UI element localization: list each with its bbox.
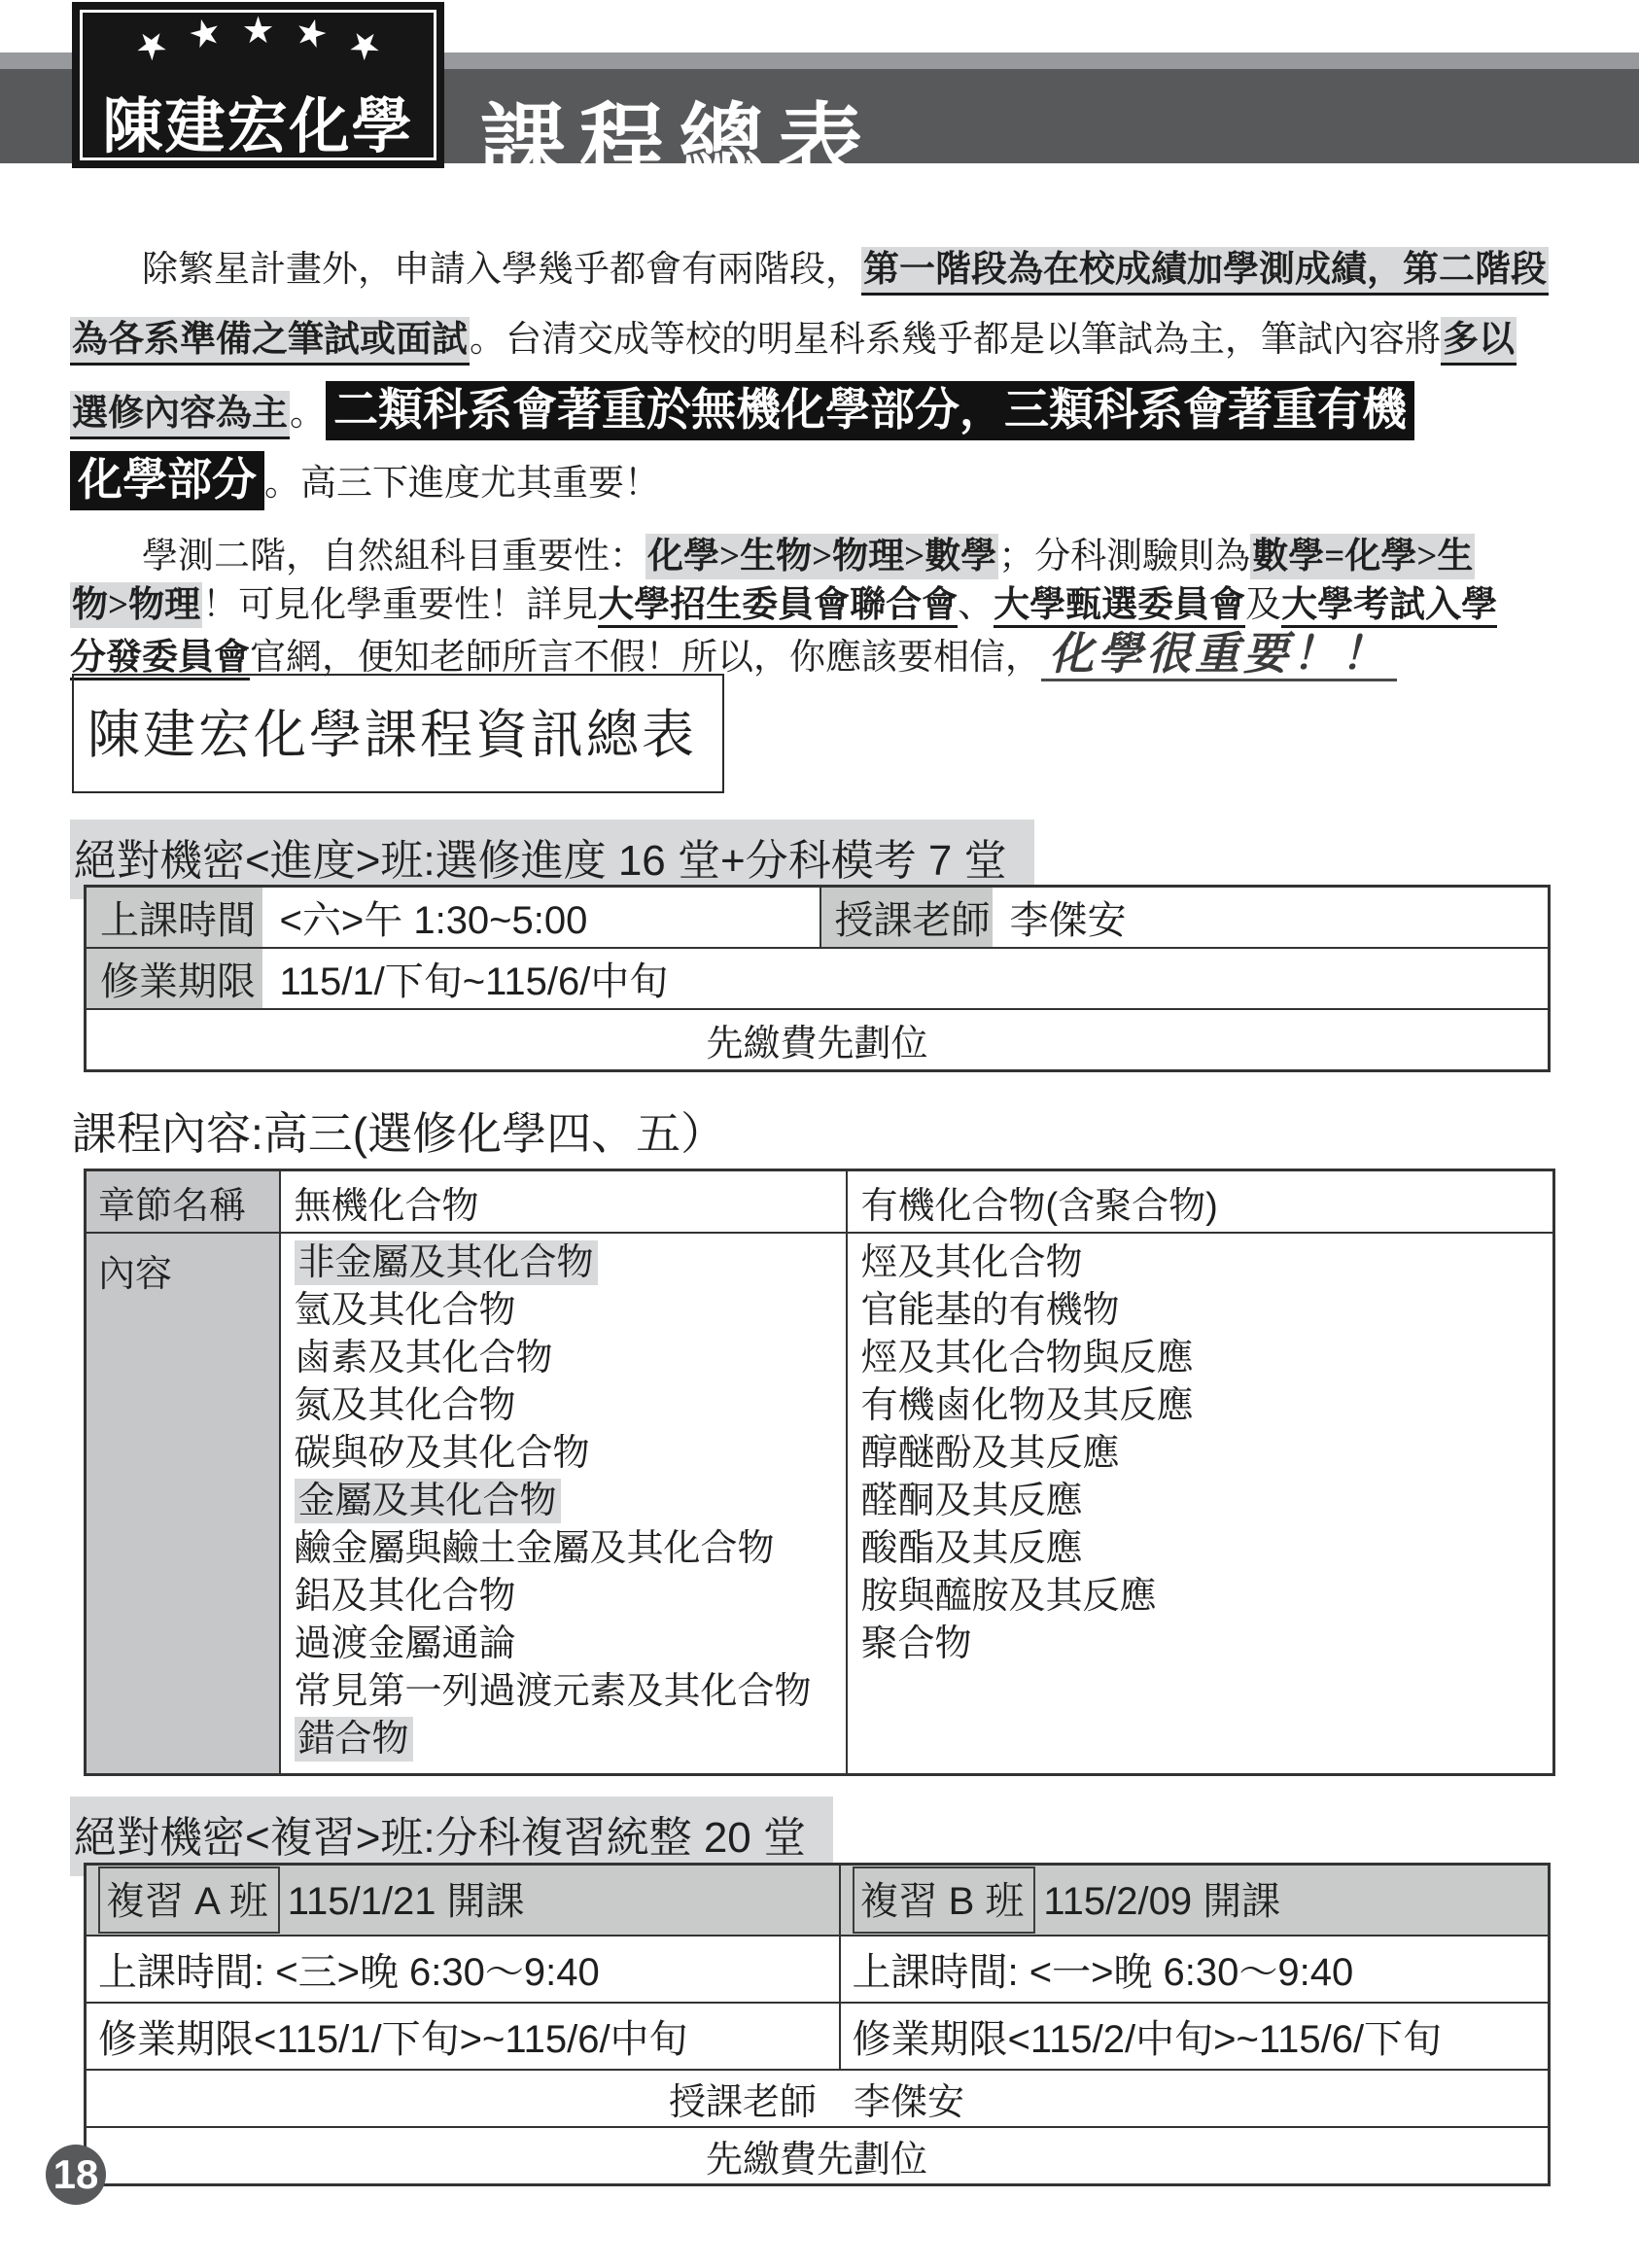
star-icon: ★ — [241, 12, 274, 51]
inorganic-column-header: 無機化合物 — [280, 1170, 847, 1234]
page-title: 課程總表 — [480, 76, 877, 198]
course-topic-item: 氫及其化合物 — [295, 1287, 846, 1335]
intro-line: 分發委員會官網，便知老師所言不假！所以，你應該要相信，化學很重要！！ — [70, 630, 1497, 679]
course-topic-item: 聚合物 — [861, 1621, 1553, 1668]
text-run: 學測二階，自然組科目重要性： — [70, 537, 645, 576]
text-run: 多以 — [1441, 317, 1517, 366]
logo-stars: ★ ★ ★ ★ ★ — [72, 12, 444, 51]
star-icon: ★ — [290, 11, 331, 56]
course-topic-item: 碳與矽及其化合物 — [295, 1430, 846, 1478]
intro-line: 為各系準備之筆試或面試。台清交成等校的明星科系幾乎都是以筆試為主，筆試內容將多以 — [70, 305, 1549, 375]
text-run: ！可見化學重要性！詳見 — [202, 585, 598, 625]
class-b-cell: 複習 B 班115/2/09 開課 — [840, 1865, 1550, 1937]
text-run: 及 — [1245, 585, 1281, 625]
course-topic-item: 酸酯及其反應 — [861, 1525, 1553, 1573]
review-payment-note: 先繳費先劃位 — [86, 2127, 1550, 2185]
intro-paragraph-1: 除繁星計畫外，申請入學幾乎都會有兩階段，第一階段為在校成績加學測成績，第二階段 … — [70, 235, 1549, 515]
organic-topic-list: 烴及其化合物官能基的有機物烴及其化合物與反應有機鹵化物及其反應醇醚酚及其反應醛酮… — [847, 1233, 1554, 1775]
payment-note: 先繳費先劃位 — [86, 1009, 1550, 1071]
class-a-start-date: 115/1/21 開課 — [288, 1880, 525, 1923]
course-content-table: 章節名稱 無機化合物 有機化合物(含聚合物) 內容 非金屬及其化合物氫及其化合物… — [84, 1169, 1555, 1776]
course-topic-item: 烴及其化合物 — [861, 1239, 1553, 1287]
intro-line: 學測二階，自然組科目重要性：化學>生物>物理>數學；分科測驗則為數學=化學>生 — [70, 533, 1497, 581]
table-row: 修業期限<115/1/下旬>~115/6/中旬 修業期限<115/2/中旬>~1… — [86, 2003, 1550, 2070]
course-topic-item: 非金屬及其化合物 — [295, 1239, 846, 1287]
class-b-time: 上課時間: <一>晚 6:30～9:40 — [840, 1936, 1550, 2003]
table-row: 章節名稱 無機化合物 有機化合物(含聚合物) — [86, 1170, 1554, 1234]
content-row-label: 內容 — [86, 1233, 280, 1775]
organic-column-header: 有機化合物(含聚合物) — [847, 1170, 1554, 1234]
class-a-cell: 複習 A 班115/1/21 開課 — [86, 1865, 840, 1937]
text-run: 化學很重要！！ — [1041, 629, 1397, 681]
course-topic-item: 醇醚酚及其反應 — [861, 1430, 1553, 1478]
course-topic-item: 有機鹵化物及其反應 — [861, 1382, 1553, 1430]
text-run: 大學甄選委員會 — [994, 585, 1245, 628]
course-topic-item: 金屬及其化合物 — [295, 1478, 846, 1525]
inorganic-topic-list: 非金屬及其化合物氫及其化合物鹵素及其化合物氮及其化合物碳與矽及其化合物金屬及其化… — [280, 1233, 847, 1775]
course-topic-item: 常見第一列過渡元素及其化合物 — [295, 1668, 846, 1716]
table-row: 先繳費先劃位 — [86, 1009, 1550, 1071]
progress-class-table: 上課時間 <六>午 1:30~5:00 授課老師 李傑安 修業期限 115/1/… — [84, 885, 1551, 1072]
text-run: 數學=化學>生 — [1250, 534, 1475, 579]
text-run: 化學部分 — [70, 451, 264, 510]
course-topic-item: 鹼金屬與鹼土金屬及其化合物 — [295, 1525, 846, 1573]
course-topic-item: 胺與醯胺及其反應 — [861, 1573, 1553, 1621]
logo-school-name: 陳建宏化學 — [72, 78, 444, 164]
text-run: 大學招生委員會聯合會 — [598, 585, 958, 628]
chapter-name-label: 章節名稱 — [86, 1170, 280, 1234]
intro-paragraph-2: 學測二階，自然組科目重要性：化學>生物>物理>數學；分科測驗則為數學=化學>生 … — [70, 533, 1497, 679]
text-run: 。台清交成等校的明星科系幾乎都是以筆試為主，筆試內容將 — [470, 320, 1441, 360]
text-run: 。 — [290, 394, 326, 434]
course-topic-item: 錯合物 — [295, 1716, 846, 1763]
course-topic-item: 烴及其化合物與反應 — [861, 1335, 1553, 1382]
table-row: 內容 非金屬及其化合物氫及其化合物鹵素及其化合物氮及其化合物碳與矽及其化合物金屬… — [86, 1233, 1554, 1775]
class-time-label: 上課時間 — [86, 887, 262, 949]
class-a-time: 上課時間: <三>晚 6:30～9:40 — [86, 1936, 840, 2003]
period-value: 115/1/下旬~115/6/中旬 — [262, 948, 1550, 1009]
text-run: 除繁星計畫外，申請入學幾乎都會有兩階段， — [70, 250, 861, 290]
class-b-period: 修業期限<115/2/中旬>~115/6/下旬 — [840, 2003, 1550, 2070]
text-run: 為各系準備之筆試或面試 — [70, 317, 470, 366]
course-content-heading: 課程內容:高三(選修化學四、五） — [72, 1099, 725, 1163]
school-logo: ★ ★ ★ ★ ★ 陳建宏化學 — [72, 2, 444, 168]
class-b-start-date: 115/2/09 開課 — [1043, 1880, 1280, 1923]
document-page: ★ ★ ★ ★ ★ 陳建宏化學 課程總表 除繁星計畫外，申請入學幾乎都會有兩階段… — [0, 0, 1639, 2268]
text-run: 二類科系會著重於無機化學部分，三類科系會著重有機 — [326, 381, 1414, 440]
text-run: 。高三下進度尤其重要！ — [264, 464, 660, 504]
text-run: 官網，便知老師所言不假！所以，你應該要相信， — [250, 638, 1041, 678]
page-number-badge: 18 — [46, 2145, 106, 2205]
text-run: 選修內容為主 — [70, 391, 290, 439]
course-topic-item: 過渡金屬通論 — [295, 1621, 846, 1668]
text-run: 化學>生物>物理>數學 — [645, 534, 998, 579]
teacher-label: 授課老師 — [820, 887, 993, 949]
course-topic-item: 氮及其化合物 — [295, 1382, 846, 1430]
text-run: 、 — [958, 585, 994, 625]
table-row: 先繳費先劃位 — [86, 2127, 1550, 2185]
intro-line: 除繁星計畫外，申請入學幾乎都會有兩階段，第一階段為在校成績加學測成績，第二階段 — [70, 235, 1549, 305]
text-run: 第一階段為在校成績加學測成績，第二階段 — [861, 247, 1549, 296]
review-class-table: 複習 A 班115/1/21 開課 複習 B 班115/2/09 開課 上課時間… — [84, 1863, 1551, 2186]
table-row: 授課老師 李傑安 — [86, 2070, 1550, 2127]
teacher-value: 李傑安 — [993, 887, 1550, 949]
class-a-period: 修業期限<115/1/下旬>~115/6/中旬 — [86, 2003, 840, 2070]
text-run: 大學考試入學 — [1281, 585, 1497, 628]
course-topic-item: 鹵素及其化合物 — [295, 1335, 846, 1382]
intro-line: 選修內容為主。二類科系會著重於無機化學部分，三類科系會著重有機 — [70, 375, 1549, 445]
class-time-value: <六>午 1:30~5:00 — [262, 887, 820, 949]
table-row: 複習 A 班115/1/21 開課 複習 B 班115/2/09 開課 — [86, 1865, 1550, 1937]
intro-line: 物>物理！可見化學重要性！詳見大學招生委員會聯合會、大學甄選委員會及大學考試入學 — [70, 581, 1497, 630]
star-icon: ★ — [184, 11, 226, 56]
text-run: 物>物理 — [70, 582, 202, 628]
class-b-badge: 複習 B 班 — [853, 1867, 1036, 1934]
course-topic-item: 鋁及其化合物 — [295, 1573, 846, 1621]
course-info-box-title: 陳建宏化學課程資訊總表 — [72, 674, 724, 793]
table-row: 上課時間 <六>午 1:30~5:00 授課老師 李傑安 — [86, 887, 1550, 949]
table-row: 修業期限 115/1/下旬~115/6/中旬 — [86, 948, 1550, 1009]
review-teacher-row: 授課老師 李傑安 — [86, 2070, 1550, 2127]
course-topic-item: 官能基的有機物 — [861, 1287, 1553, 1335]
intro-line: 化學部分。高三下進度尤其重要！ — [70, 445, 1549, 515]
text-run: ；分科測驗則為 — [998, 537, 1250, 576]
table-row: 上課時間: <三>晚 6:30～9:40 上課時間: <一>晚 6:30～9:4… — [86, 1936, 1550, 2003]
class-a-badge: 複習 A 班 — [98, 1867, 280, 1934]
course-topic-item: 醛酮及其反應 — [861, 1478, 1553, 1525]
period-label: 修業期限 — [86, 948, 262, 1009]
